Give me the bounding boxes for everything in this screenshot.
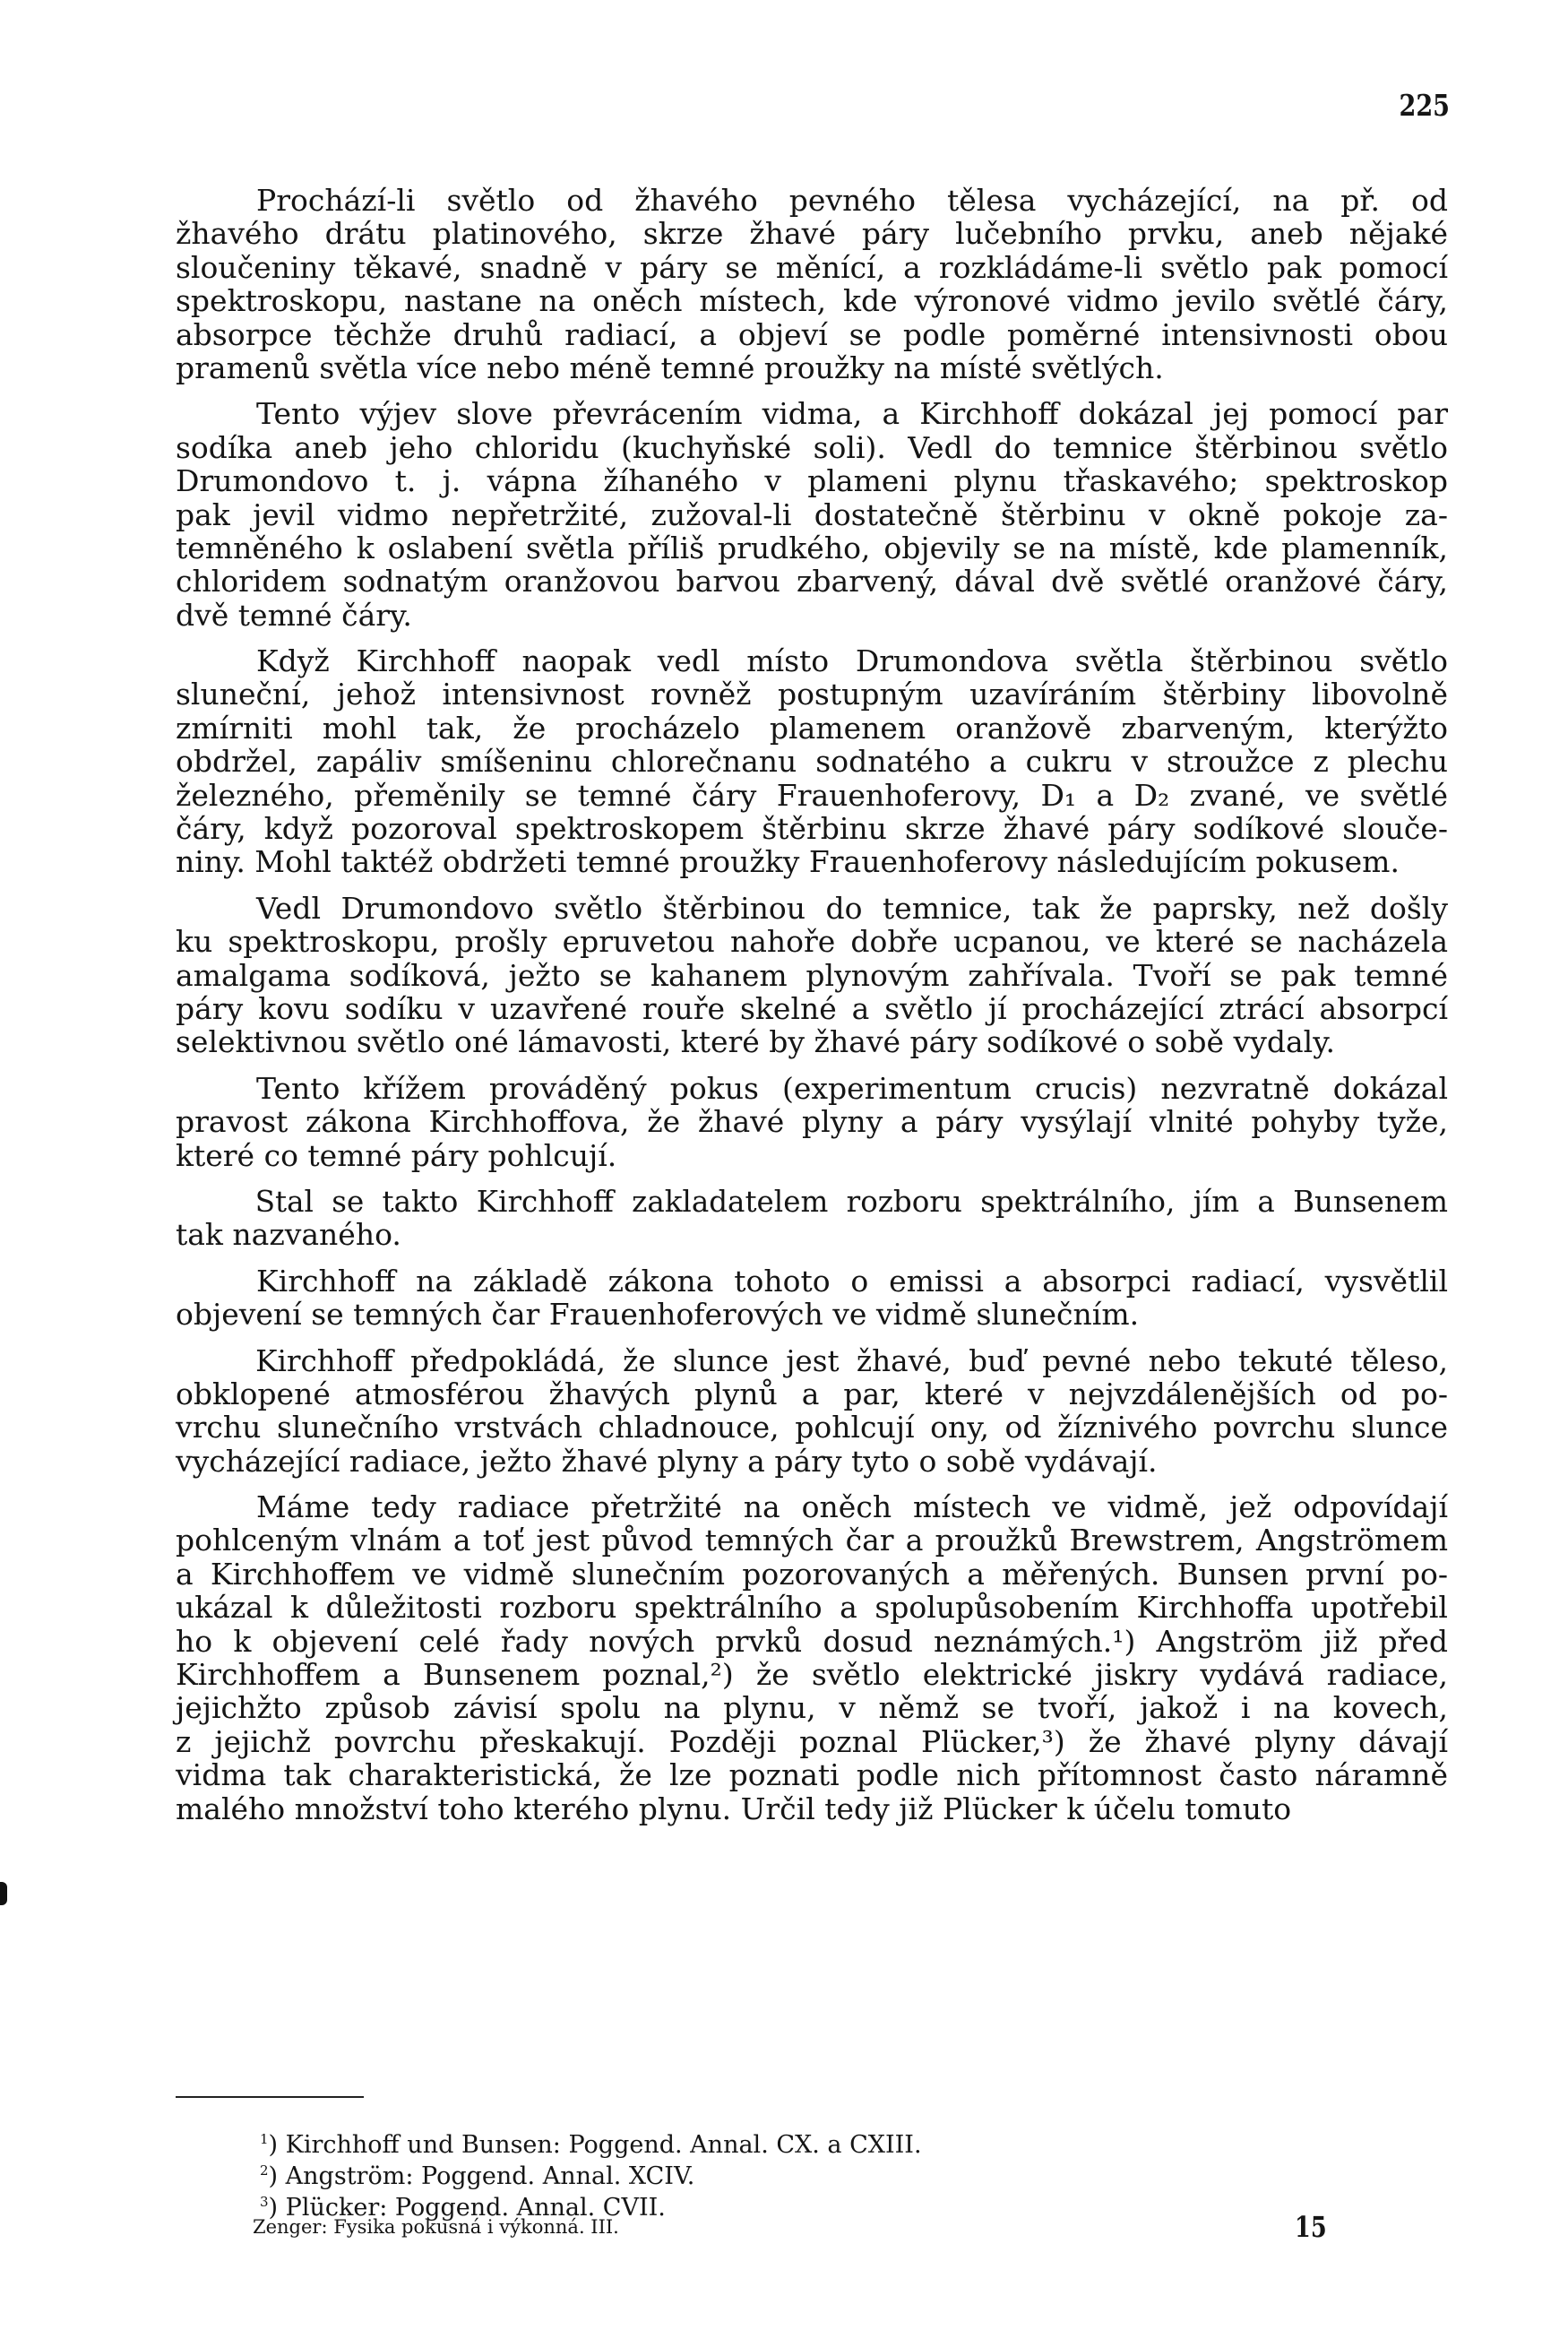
text-line: Kirchhoff předpokládá, že slunce jest žh…: [176, 1344, 1448, 1377]
text-line: z jejichž povrchu přeskakují. Později po…: [176, 1725, 1448, 1758]
paragraph: Vedl Drumondovo světlo štěrbinou do temn…: [176, 892, 1448, 1059]
footnote: 1) Kirchhoff und Bunsen: Poggend. Annal.…: [260, 2124, 1066, 2155]
text-line: vrchu slunečního vrstvách chladnouce, po…: [176, 1411, 1448, 1444]
text-line: ku spektroskopu, prošly epruvetou nahoře…: [176, 925, 1448, 958]
text-line: objevení se temných čar Frauenhoferových…: [176, 1298, 1448, 1331]
page-number: 225: [1399, 88, 1450, 123]
text-line: páry kovu sodíku v uzavřené rouře skelné…: [176, 992, 1448, 1025]
text-line: absorpce těchže druhů radiací, a objeví …: [176, 318, 1448, 351]
text-line: vidma tak charakteristická, že lze pozna…: [176, 1758, 1448, 1791]
text-line: a Kirchhoffem ve vidmě slunečním pozorov…: [176, 1558, 1448, 1591]
footnote-mark: 3: [260, 2194, 269, 2210]
text-line: sluneční, jehož intensivnost rovněž post…: [176, 677, 1448, 711]
text-line: dvě temné čáry.: [176, 599, 1448, 632]
text-line: sloučeniny těkavé, snadně v páry se mění…: [176, 251, 1448, 284]
text-line: ukázal k důležitosti rozboru spektrálníh…: [176, 1591, 1448, 1624]
text-line: Kirchhoffem a Bunsenem poznal,²) že svět…: [176, 1658, 1448, 1691]
text-line: sodíka aneb jeho chloridu (kuchyňské sol…: [176, 431, 1448, 464]
text-line: pravost zákona Kirchhoffova, že žhavé pl…: [176, 1105, 1448, 1138]
body-text: Prochází-li světlo od žhavého pevného tě…: [176, 184, 1448, 1825]
footnote-mark: 1: [260, 2131, 269, 2147]
text-line: Tento křížem prováděný pokus (experiment…: [176, 1072, 1448, 1105]
text-line: Stal se takto Kirchhoff zakladatelem roz…: [176, 1185, 1448, 1218]
text-line: železného, přeměnily se temné čáry Fraue…: [176, 779, 1448, 812]
footnote-mark: 2: [260, 2162, 269, 2179]
text-line: Když Kirchhoff naopak vedl místo Drumond…: [176, 644, 1448, 677]
scan-binding-mark: [0, 1882, 7, 1905]
text-line: niny. Mohl taktéž obdržeti temné proužky…: [176, 845, 1448, 878]
text-line: spektroskopu, nastane na oněch místech, …: [176, 284, 1448, 317]
text-line: čáry, když pozoroval spektroskopem štěrb…: [176, 812, 1448, 845]
text-line: malého množství toho kterého plynu. Urči…: [176, 1792, 1448, 1825]
paragraph: Stal se takto Kirchhoff zakladatelem roz…: [176, 1185, 1448, 1252]
text-line: ho k objevení celé řady nových prvků dos…: [176, 1625, 1448, 1658]
text-line: pak jevil vidmo nepřetržité, zužoval-li …: [176, 498, 1448, 531]
paragraph: Máme tedy radiace přetržité na oněch mís…: [176, 1490, 1448, 1825]
text-line: jejichžto způsob závisí spolu na plynu, …: [176, 1691, 1448, 1724]
text-line: Drumondovo t. j. vápna žíhaného v plamen…: [176, 464, 1448, 497]
text-line: zmírniti mohl tak, že procházelo plamene…: [176, 712, 1448, 745]
text-line: tak nazvaného.: [176, 1218, 1448, 1251]
text-line: Vedl Drumondovo světlo štěrbinou do temn…: [176, 892, 1448, 925]
paragraph: Kirchhoff na základě zákona tohoto o emi…: [176, 1264, 1448, 1332]
text-line: temněného k oslabení světla příliš prudk…: [176, 531, 1448, 565]
text-line: amalgama sodíková, ježto se kahanem plyn…: [176, 959, 1448, 992]
text-line: Kirchhoff na základě zákona tohoto o emi…: [176, 1264, 1448, 1298]
footnotes: 1) Kirchhoff und Bunsen: Poggend. Annal.…: [260, 2124, 1066, 2218]
sheet-number: 15: [1295, 2210, 1327, 2244]
text-line: Máme tedy radiace přetržité na oněch mís…: [176, 1490, 1448, 1523]
footnote: 3) Plücker: Poggend. Annal. CVII.: [260, 2187, 1066, 2218]
text-line: pohlceným vlnám a toť jest původ temných…: [176, 1523, 1448, 1557]
text-line: chloridem sodnatým oranžovou barvou zbar…: [176, 565, 1448, 598]
paragraph: Když Kirchhoff naopak vedl místo Drumond…: [176, 644, 1448, 879]
paragraph: Tento výjev slove převrácením vidma, a K…: [176, 397, 1448, 632]
book-signature: Zenger: Fysika pokusná i výkonná. III.: [253, 2216, 619, 2238]
text-line: selektivnou světlo oné lámavosti, které …: [176, 1025, 1448, 1058]
text-line: vycházející radiace, ježto žhavé plyny a…: [176, 1445, 1448, 1478]
footnote: 2) Angström: Poggend. Annal. XCIV.: [260, 2155, 1066, 2187]
paragraph: Kirchhoff předpokládá, že slunce jest žh…: [176, 1344, 1448, 1479]
text-line: Prochází-li světlo od žhavého pevného tě…: [176, 184, 1448, 217]
text-line: obdržel, zapáliv smíšeninu chlorečnanu s…: [176, 745, 1448, 778]
book-page: 225 Prochází-li světlo od žhavého pevnéh…: [0, 0, 1568, 2330]
text-line: obklopené atmosférou žhavých plynů a par…: [176, 1377, 1448, 1411]
paragraph: Tento křížem prováděný pokus (experiment…: [176, 1072, 1448, 1172]
paragraph: Prochází-li světlo od žhavého pevného tě…: [176, 184, 1448, 384]
footnote-divider: [176, 2096, 364, 2098]
text-line: které co temné páry pohlcují.: [176, 1139, 1448, 1172]
text-line: pramenů světla více nebo méně temné prou…: [176, 351, 1448, 384]
text-line: Tento výjev slove převrácením vidma, a K…: [176, 397, 1448, 430]
text-line: žhavého drátu platinového, skrze žhavé p…: [176, 217, 1448, 250]
